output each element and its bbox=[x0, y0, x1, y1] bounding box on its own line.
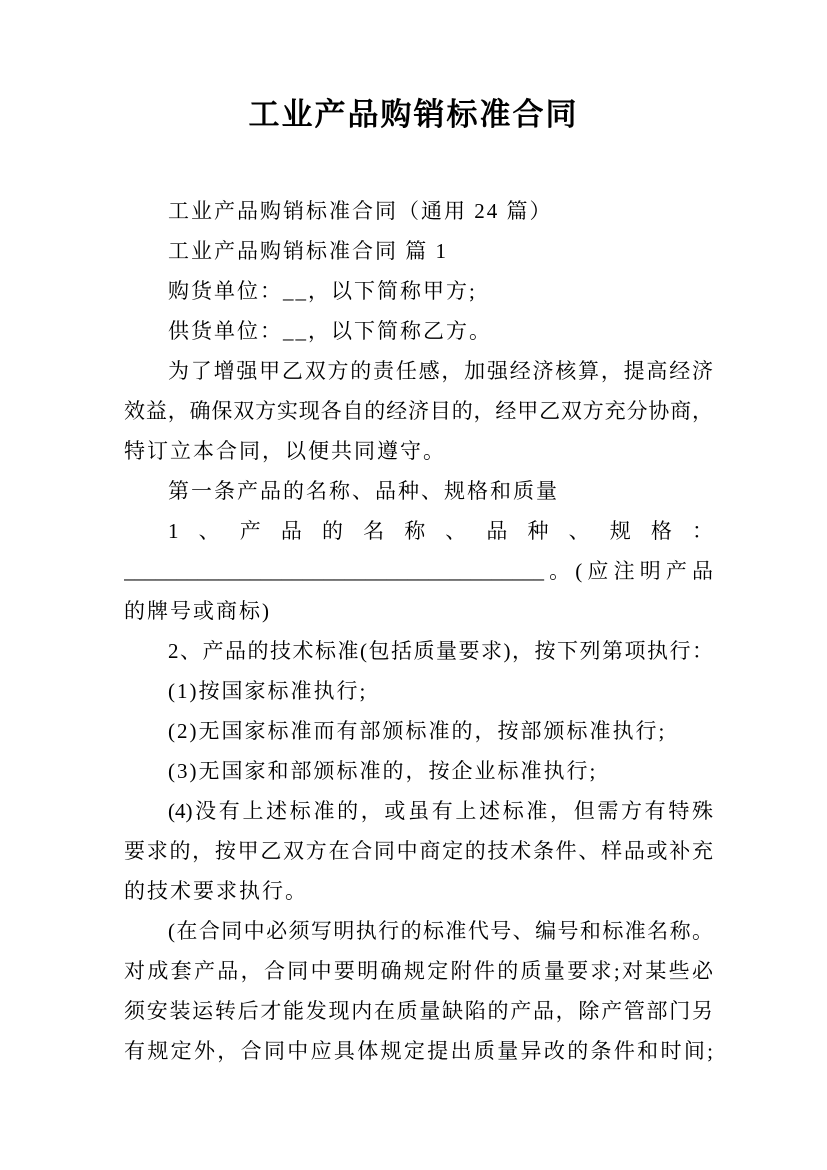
text-line-21: 须安装运转后才能发现内在质量缺陷的产品，除产管部门另 bbox=[124, 991, 713, 1031]
text-line-22: 有规定外，合同中应具体规定提出质量异改的条件和时间; bbox=[124, 1031, 713, 1071]
document-title: 工业产品购销标准合同 bbox=[0, 0, 827, 135]
text-line-11: 的牌号或商标) bbox=[124, 591, 713, 631]
text-line-13: (1)按国家标准执行; bbox=[124, 671, 713, 711]
text-line-3: 购货单位：__，以下简称甲方; bbox=[124, 271, 713, 311]
text-line-17: 要求的，按甲乙双方在合同中商定的技术条件、样品或补充 bbox=[124, 831, 713, 871]
text-line-5: 为了增强甲乙双方的责任感，加强经济核算，提高经济 bbox=[124, 351, 713, 391]
text-line-16: (4)没有上述标准的，或虽有上述标准，但需方有特殊 bbox=[124, 791, 713, 831]
text-line-2: 工业产品购销标准合同 篇 1 bbox=[124, 231, 713, 271]
text-line-4: 供货单位：__，以下简称乙方。 bbox=[124, 311, 713, 351]
text-line-19: (在合同中必须写明执行的标准代号、编号和标准名称。 bbox=[124, 911, 713, 951]
text-line-10: ________________________________________… bbox=[124, 551, 713, 591]
document-page: 工业产品购销标准合同 工业产品购销标准合同（通用 24 篇）工业产品购销标准合同… bbox=[0, 0, 827, 1170]
text-line-1: 工业产品购销标准合同（通用 24 篇） bbox=[124, 191, 713, 231]
text-line-12: 2、产品的技术标准(包括质量要求)，按下列第项执行： bbox=[124, 631, 713, 671]
text-line-6: 效益，确保双方实现各自的经济目的，经甲乙双方充分协商， bbox=[124, 391, 713, 431]
text-line-9: 1、产品的名称、品种、规格： bbox=[124, 511, 713, 551]
text-line-7: 特订立本合同，以便共同遵守。 bbox=[124, 431, 713, 471]
text-line-18: 的技术要求执行。 bbox=[124, 871, 713, 911]
document-body: 工业产品购销标准合同（通用 24 篇）工业产品购销标准合同 篇 1购货单位：__… bbox=[124, 191, 713, 1071]
text-line-15: (3)无国家和部颁标准的，按企业标准执行; bbox=[124, 751, 713, 791]
text-line-20: 对成套产品，合同中要明确规定附件的质量要求;对某些必 bbox=[124, 951, 713, 991]
text-line-14: (2)无国家标准而有部颁标准的，按部颁标准执行; bbox=[124, 711, 713, 751]
text-line-8: 第一条产品的名称、品种、规格和质量 bbox=[124, 471, 713, 511]
